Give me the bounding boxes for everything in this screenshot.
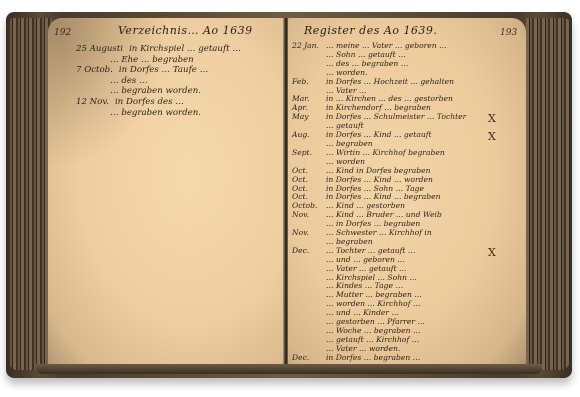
entry-date [292, 327, 320, 336]
entry-date [76, 108, 104, 119]
ledger-entry: 12 Nov.in Dorfes des … [76, 97, 241, 108]
ledger-entry: … begraben worden. [76, 86, 241, 97]
entry-date [292, 51, 320, 60]
right-page-edges [526, 18, 570, 370]
entry-date: Dec. [292, 247, 320, 256]
ledger-entry: Mayin Dorfes … Schulmeister … Tochter [292, 113, 466, 122]
entry-date [292, 274, 320, 283]
right-page: Register des Ao 1639. 193 22 Jan.… meine… [288, 18, 526, 368]
page-number-left: 192 [54, 28, 71, 38]
entry-date: Aug. [292, 131, 320, 140]
entry-date [76, 55, 104, 66]
ledger-entry: Aug.in Dorfes … Kind … getauft [292, 131, 466, 140]
ledger-entry: … Ehe … begraben [76, 55, 241, 66]
left-page-entries: 25 Augustiin Kirchspiel … getauft …… Ehe… [76, 44, 241, 118]
entry-date [292, 291, 320, 300]
margin-x-mark: X [488, 130, 496, 143]
entry-date [292, 60, 320, 69]
right-page-header: Register des Ao 1639. [304, 24, 437, 37]
entry-date: Nov. [292, 211, 320, 220]
entry-date: Nov. [292, 229, 320, 238]
entry-date: 7 Octob. [76, 65, 113, 76]
margin-x-mark: X [488, 246, 496, 259]
entry-date: 12 Nov. [76, 97, 109, 108]
entry-text: … begraben worden. [110, 108, 201, 119]
entry-date: May [292, 113, 320, 122]
entry-date: Dec. [292, 354, 320, 363]
entry-date [76, 86, 104, 97]
entry-date [292, 282, 320, 291]
entry-date: 22 Jan. [292, 42, 320, 51]
entry-text: in Kirchspiel … getauft … [129, 44, 241, 55]
ledger-entry: … des … [76, 76, 241, 87]
entry-text: in Dorfes … begraben … [326, 354, 420, 363]
entry-text: in Dorfes des … [115, 97, 184, 108]
left-page-edges [8, 18, 52, 370]
entry-date [292, 336, 320, 345]
ledger-entry: Nov.… Schwester … Kirchhof in [292, 229, 466, 238]
left-page-header: Verzeichnis… Ao 1639 [118, 24, 253, 37]
entry-text: in Dorfes … Taufe … [119, 65, 208, 76]
left-page: 192 Verzeichnis… Ao 1639 25 Augustiin Ki… [48, 18, 284, 368]
ledger-entry: … des … begraben … [292, 60, 466, 69]
right-page-entries: 22 Jan.… meine … Vater … geboren …… Sohn… [292, 42, 466, 363]
ledger-entry: 25 Augustiin Kirchspiel … getauft … [76, 44, 241, 55]
entry-date [292, 256, 320, 265]
page-number-right: 193 [500, 28, 517, 38]
ledger-entry: Feb.in Dorfes … Hochzeit … gehalten [292, 78, 466, 87]
margin-x-mark: X [488, 112, 496, 125]
entry-date [292, 309, 320, 318]
entry-date [76, 76, 104, 87]
entry-date [292, 265, 320, 274]
entry-date [292, 300, 320, 309]
entry-date: Sept. [292, 149, 320, 158]
entry-text: … des … [110, 76, 148, 87]
entry-text: … Ehe … begraben [110, 55, 194, 66]
ledger-entry: Sept.… Wirtin … Kirchhof begraben [292, 149, 466, 158]
ledger-entry: … begraben worden. [76, 108, 241, 119]
entry-text: … begraben worden. [110, 86, 201, 97]
entry-date: 25 Augusti [76, 44, 123, 55]
entry-date: Feb. [292, 78, 320, 87]
ledger-entry: 7 Octob.in Dorfes … Taufe … [76, 65, 241, 76]
book-bottom-edge [36, 364, 542, 374]
ledger-entry: Dec.in Dorfes … begraben … [292, 354, 466, 363]
entry-date [292, 318, 320, 327]
open-ledger-book: 192 Verzeichnis… Ao 1639 25 Augustiin Ki… [6, 12, 572, 380]
